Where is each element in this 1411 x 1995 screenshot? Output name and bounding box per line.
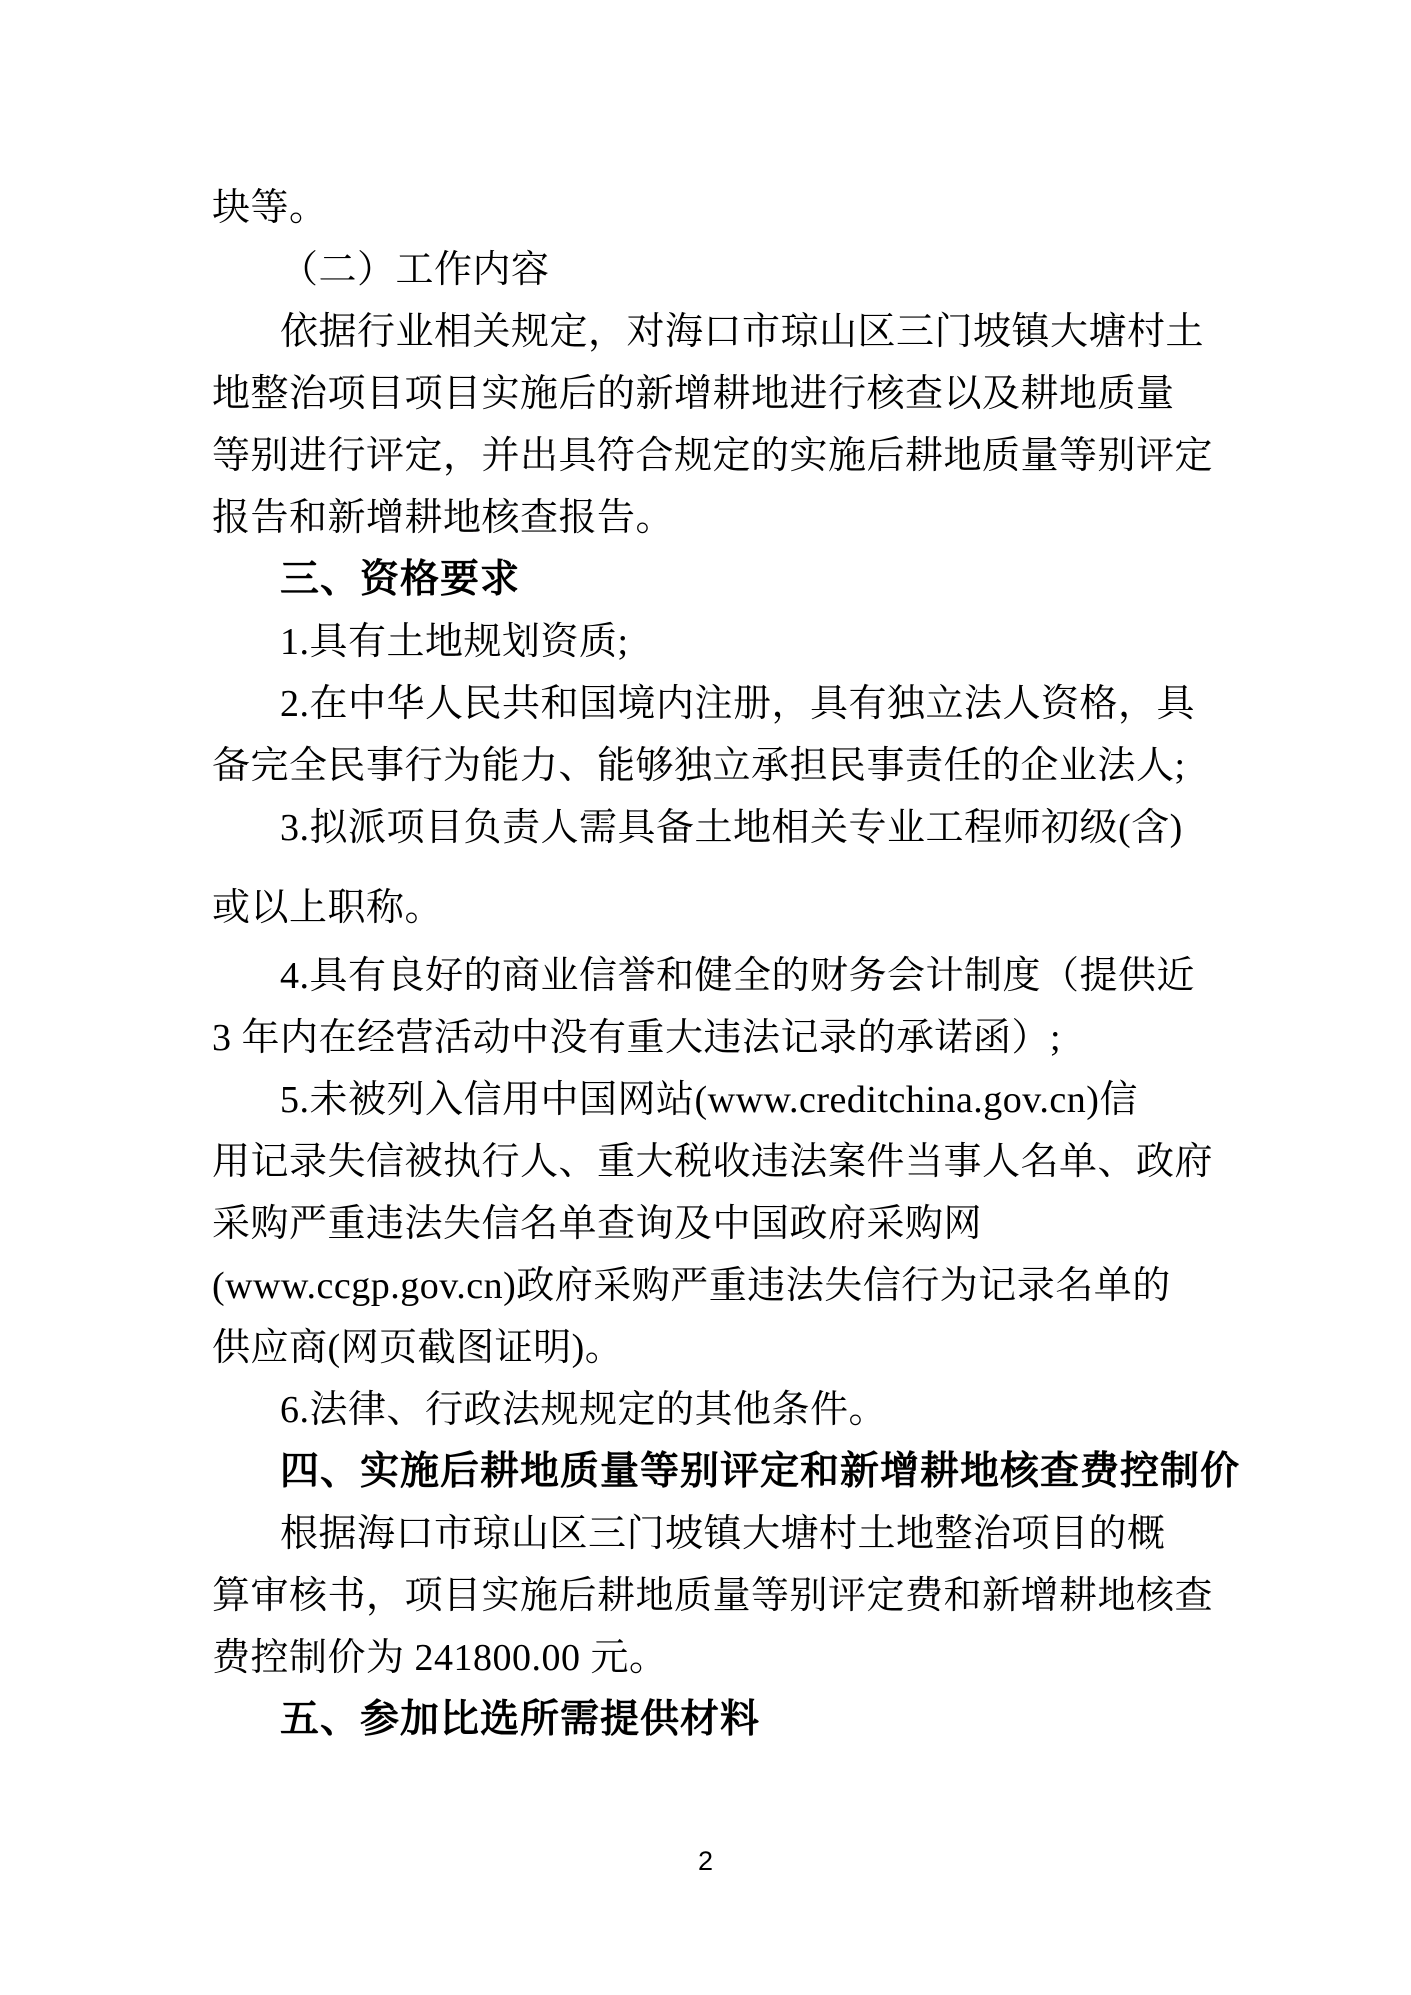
paragraph-line: 备完全民事行为能力、能够独立承担民事责任的企业法人;: [212, 735, 1222, 797]
subsection-heading-work-content: （二）工作内容: [212, 239, 1222, 301]
paragraph-line: 采购严重违法失信名单查询及中国政府采购网: [212, 1193, 1222, 1255]
paragraph-line: 地整治项目项目实施后的新增耕地进行核查以及耕地质量: [212, 363, 1222, 425]
list-item-5: 5.未被列入信用中国网站(www.creditchina.gov.cn)信: [212, 1069, 1222, 1131]
list-item-6: 6.法律、行政法规规定的其他条件。: [212, 1379, 1222, 1441]
section-heading-materials: 五、参加比选所需提供材料: [212, 1689, 1222, 1751]
paragraph-line: 报告和新增耕地核查报告。: [212, 487, 1222, 549]
paragraph-line: 3 年内在经营活动中没有重大违法记录的承诺函）;: [212, 1007, 1222, 1069]
paragraph-line: (www.ccgp.gov.cn)政府采购严重违法失信行为记录名单的: [212, 1255, 1222, 1317]
list-item-2: 2.在中华人民共和国境内注册，具有独立法人资格，具: [212, 673, 1222, 735]
section-heading-qualifications: 三、资格要求: [212, 549, 1222, 611]
paragraph-line: 或以上职称。: [212, 877, 1222, 939]
paragraph-line: 依据行业相关规定，对海口市琼山区三门坡镇大塘村土: [212, 301, 1222, 363]
paragraph-line: 算审核书，项目实施后耕地质量等别评定费和新增耕地核查: [212, 1565, 1222, 1627]
page-number: 2: [0, 1846, 1411, 1877]
paragraph-line-carryover: 块等。: [212, 177, 1222, 239]
document-body: 块等。 （二）工作内容 依据行业相关规定，对海口市琼山区三门坡镇大塘村土 地整治…: [212, 177, 1222, 1751]
paragraph-line: 根据海口市琼山区三门坡镇大塘村土地整治项目的概: [212, 1503, 1222, 1565]
document-page: 块等。 （二）工作内容 依据行业相关规定，对海口市琼山区三门坡镇大塘村土 地整治…: [0, 0, 1411, 1995]
paragraph-line: 供应商(网页截图证明)。: [212, 1317, 1222, 1379]
list-item-3: 3.拟派项目负责人需具备土地相关专业工程师初级(含): [212, 797, 1222, 859]
list-item-1: 1.具有土地规划资质;: [212, 611, 1222, 673]
list-item-4: 4.具有良好的商业信誉和健全的财务会计制度（提供近: [212, 945, 1222, 1007]
paragraph-line-control-price-value: 费控制价为 241800.00 元。: [212, 1627, 1222, 1689]
paragraph-line: 用记录失信被执行人、重大税收违法案件当事人名单、政府: [212, 1131, 1222, 1193]
section-heading-control-price: 四、实施后耕地质量等别评定和新增耕地核查费控制价: [212, 1441, 1222, 1503]
paragraph-line: 等别进行评定，并出具符合规定的实施后耕地质量等别评定: [212, 425, 1222, 487]
